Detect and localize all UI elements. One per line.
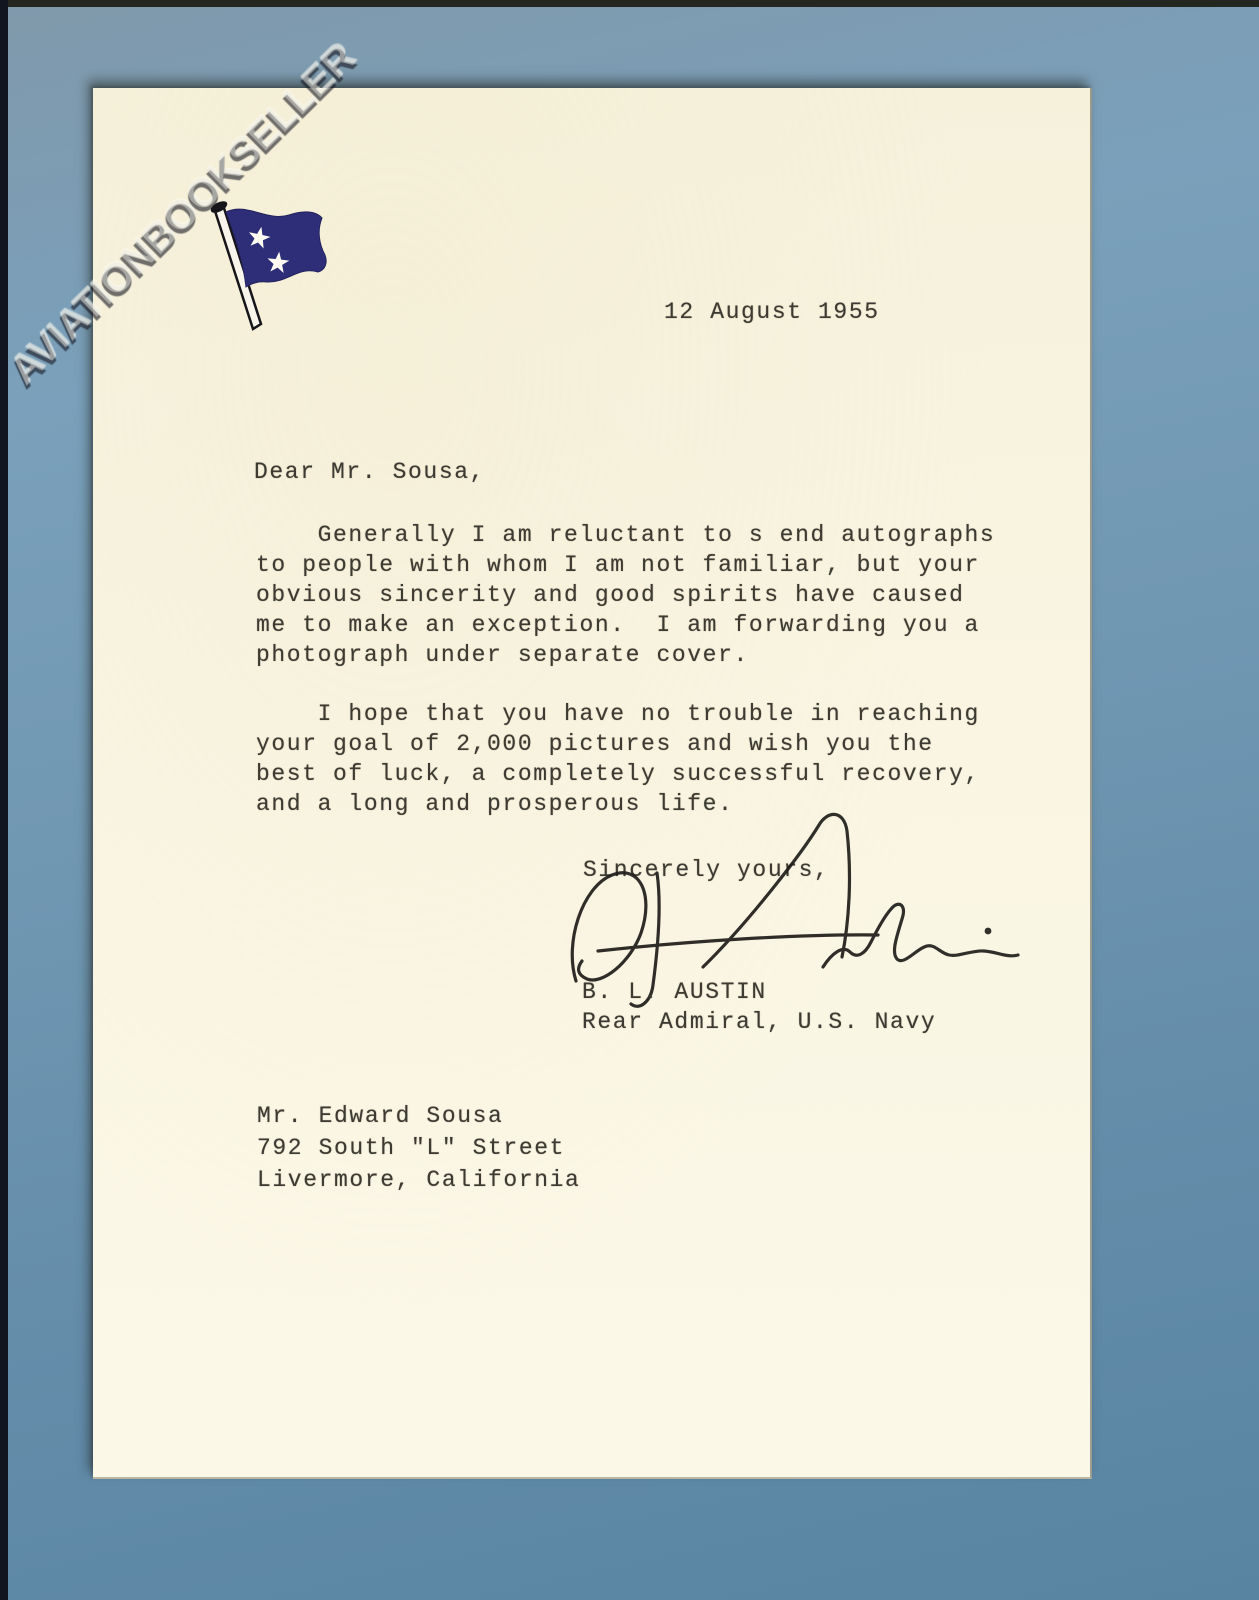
recipient-address: Mr. Edward Sousa 792 South "L" Street Li… [257, 1100, 580, 1196]
typed-title: Rear Admiral, U.S. Navy [582, 1007, 936, 1037]
photo-left-edge [0, 0, 8, 1600]
date-line: 12 August 1955 [664, 297, 880, 327]
salutation: Dear Mr. Sousa, [254, 457, 485, 487]
two-star-flag-icon [193, 196, 333, 336]
recipient-city: Livermore, California [257, 1167, 580, 1193]
typed-name: B. L. AUSTIN [582, 977, 767, 1007]
photo-top-edge [0, 0, 1259, 7]
recipient-name: Mr. Edward Sousa [257, 1103, 503, 1129]
letter-paper: 12 August 1955 Dear Mr. Sousa, Generally… [93, 88, 1092, 1479]
scanned-letter-photo: 12 August 1955 Dear Mr. Sousa, Generally… [0, 0, 1259, 1600]
recipient-street: 792 South "L" Street [257, 1135, 565, 1161]
body-paragraph-1: Generally I am reluctant to s end autogr… [256, 520, 995, 670]
